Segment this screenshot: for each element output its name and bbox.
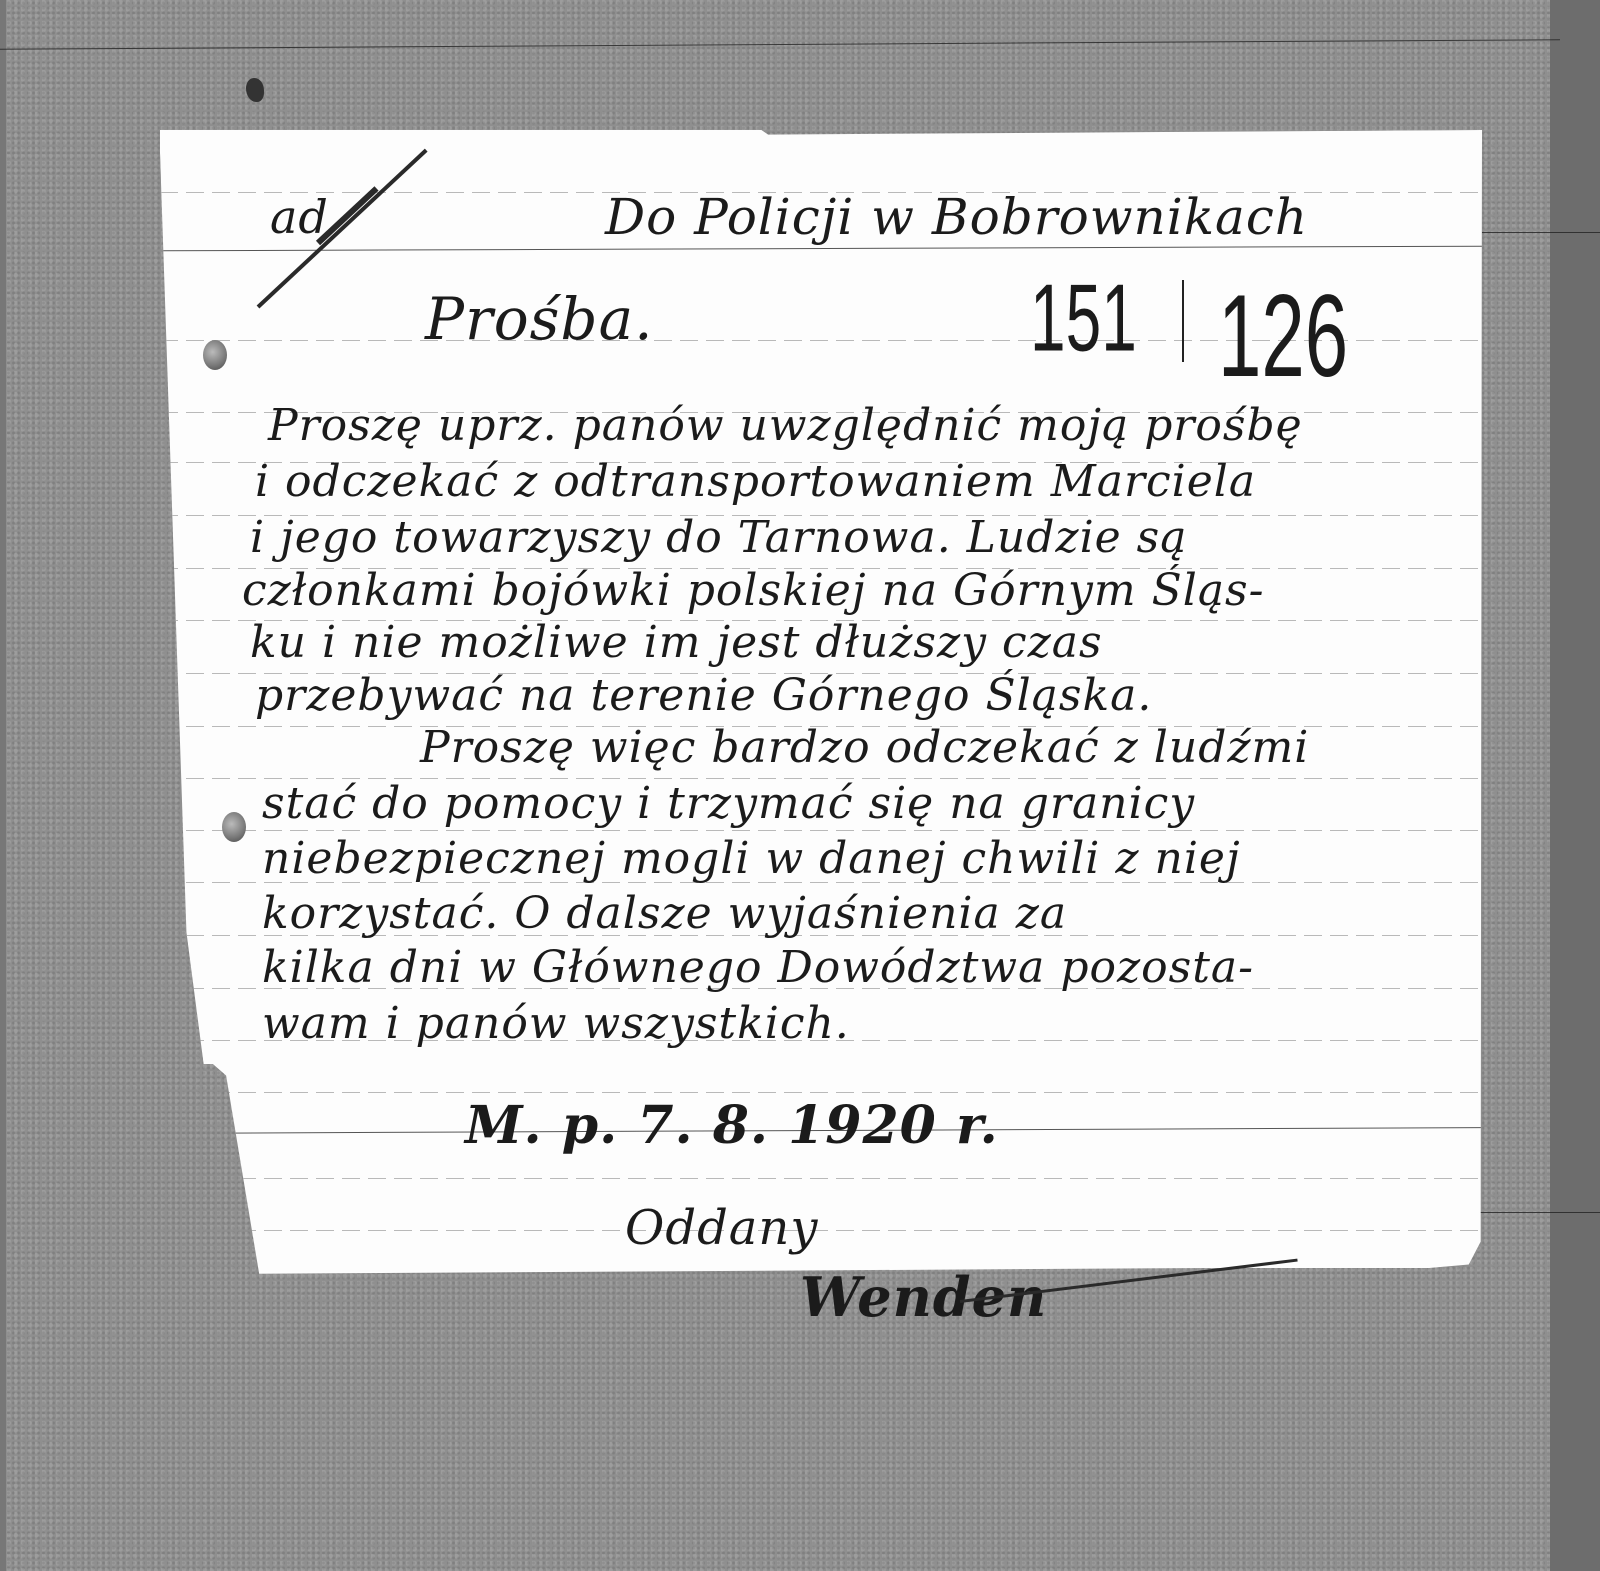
date-line: M. p. 7. 8. 1920 r. [465, 1095, 999, 1156]
ruled-line [160, 246, 1482, 252]
body-line: korzystać. O dalsze wyjaśnienia za [262, 888, 1067, 939]
ruled-line [160, 1178, 1482, 1179]
body-line: wam i panów wszystkich. [262, 998, 850, 1049]
signature: Wenden [800, 1265, 1047, 1329]
archive-number-2: 126 [1218, 268, 1348, 405]
ruled-line [160, 1230, 1482, 1231]
punch-hole [222, 812, 246, 842]
background-line [1480, 1212, 1600, 1213]
body-line: Proszę więc bardzo odczekać z ludźmi [420, 722, 1309, 773]
punch-hole [203, 340, 227, 370]
ink-blot [246, 78, 264, 102]
body-line: ku i nie możliwe im jest dłuższy czas [250, 617, 1103, 668]
body-line: kilka dni w Głównego Dowództwa pozosta- [262, 942, 1254, 993]
recipient-line: Do Policji w Bobrownikach [605, 188, 1308, 246]
ruled-line [160, 1092, 1482, 1093]
closing-line: Oddany [625, 1200, 818, 1256]
body-line: Proszę uprz. panów uwzględnić moją prośb… [268, 400, 1303, 451]
ruled-line [160, 830, 1482, 831]
letter-title: Prośba. [425, 285, 654, 353]
body-line: stać do pomocy i trzymać się na granicy [262, 778, 1195, 829]
body-line: członkami bojówki polskiej na Górnym Ślą… [242, 565, 1265, 616]
archive-number-divider [1182, 280, 1184, 362]
scan-left-edge [0, 0, 6, 1571]
scan-right-edge [1550, 0, 1600, 1571]
body-line: i odczekać z odtransportowaniem Marciela [255, 456, 1256, 507]
body-line: i jego towarzyszy do Tarnowa. Ludzie są [250, 512, 1187, 563]
archive-number-1: 151 [1030, 262, 1137, 373]
body-line: przebywać na terenie Górnego Śląska. [255, 670, 1152, 721]
body-line: niebezpiecznej mogli w danej chwili z ni… [262, 833, 1241, 884]
background-line [0, 39, 1560, 50]
